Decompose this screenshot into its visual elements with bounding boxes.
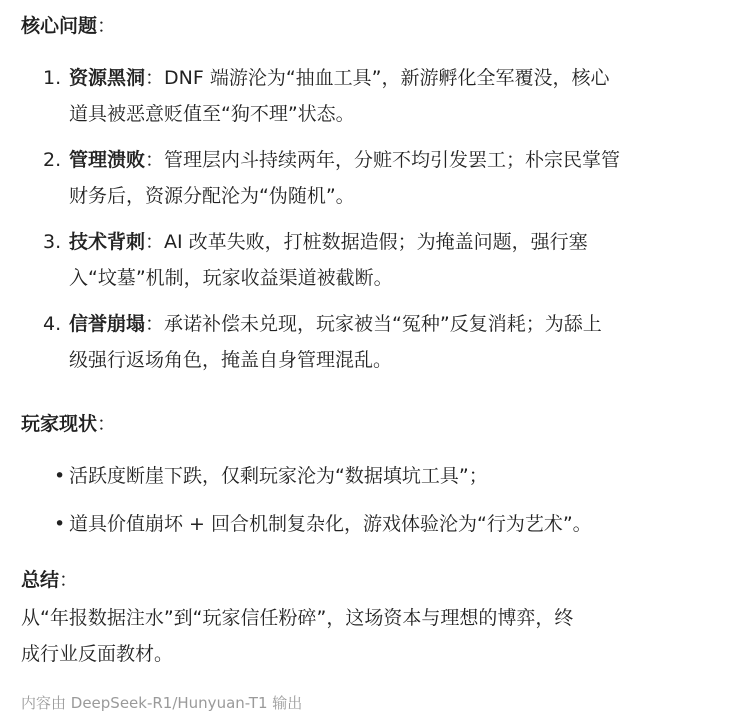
list-item: 3. 技术背刺：AI 改革失败，打桩数据造假；为掩盖问题，强行塞 入“坟墓”机制… xyxy=(21,224,731,296)
heading-colon: ： xyxy=(97,413,116,435)
item-separator: ： xyxy=(145,67,164,89)
item-text-line1: 承诺补偿未兑现，玩家被当“冤种”反复消耗；为舔上 xyxy=(164,313,602,335)
section-heading-summary: 总结： xyxy=(21,566,78,594)
item-separator: ： xyxy=(145,231,164,253)
item-label: 管理溃败 xyxy=(69,149,145,171)
section-heading-player-status: 玩家现状： xyxy=(21,410,116,438)
bullet-icon: • xyxy=(54,506,65,542)
item-text-line2: 入“坟墓”机制，玩家收益渠道被截断。 xyxy=(69,267,393,289)
heading-text: 玩家现状 xyxy=(21,413,97,435)
bullet-text: 道具价值崩坏 + 回合机制复杂化，游戏体验沦为“行为艺术”。 xyxy=(69,513,592,535)
core-issues-list: 1. 资源黑洞：DNF 端游沦为“抽血工具”，新游孵化全军覆没，核心 道具被恶意… xyxy=(21,60,731,378)
list-item: • 活跃度断崖下跌，仅剩玩家沦为“数据填坑工具”； xyxy=(21,458,731,494)
item-text-line1: DNF 端游沦为“抽血工具”，新游孵化全军覆没，核心 xyxy=(164,67,610,89)
section-heading-core-issues: 核心问题： xyxy=(21,12,116,40)
ai-attribution-note: 内容由 DeepSeek-R1/Hunyuan-T1 输出 xyxy=(21,692,302,714)
heading-colon: ： xyxy=(97,15,116,37)
summary-paragraph: 从“年报数据注水”到“玩家信任粉碎”，这场资本与理想的博弈，终 成行业反面教材。 xyxy=(21,600,741,672)
item-label: 资源黑洞 xyxy=(69,67,145,89)
item-text-line2: 道具被恶意贬值至“狗不理”状态。 xyxy=(69,103,355,125)
bullet-icon: • xyxy=(54,458,65,494)
list-item: 2. 管理溃败：管理层内斗持续两年，分赃不均引发罢工；朴宗民掌管 财务后，资源分… xyxy=(21,142,731,214)
item-number: 3. xyxy=(43,224,61,260)
heading-text: 总结 xyxy=(21,569,59,591)
item-text-line2: 财务后，资源分配沦为“伪随机”。 xyxy=(69,185,355,207)
item-number: 4. xyxy=(43,306,61,342)
summary-line2: 成行业反面教材。 xyxy=(21,643,173,665)
heading-text: 核心问题 xyxy=(21,15,97,37)
list-item: 4. 信誉崩塌：承诺补偿未兑现，玩家被当“冤种”反复消耗；为舔上 级强行返场角色… xyxy=(21,306,731,378)
item-text-line1: 管理层内斗持续两年，分赃不均引发罢工；朴宗民掌管 xyxy=(164,149,620,171)
item-text-line1: AI 改革失败，打桩数据造假；为掩盖问题，强行塞 xyxy=(164,231,588,253)
item-label: 信誉崩塌 xyxy=(69,313,145,335)
bullet-text: 活跃度断崖下跌，仅剩玩家沦为“数据填坑工具”； xyxy=(69,465,488,487)
list-item: • 道具价值崩坏 + 回合机制复杂化，游戏体验沦为“行为艺术”。 xyxy=(21,506,731,542)
item-number: 2. xyxy=(43,142,61,178)
list-item: 1. 资源黑洞：DNF 端游沦为“抽血工具”，新游孵化全军覆没，核心 道具被恶意… xyxy=(21,60,731,132)
summary-line1: 从“年报数据注水”到“玩家信任粉碎”，这场资本与理想的博弈，终 xyxy=(21,607,573,629)
item-label: 技术背刺 xyxy=(69,231,145,253)
player-status-list: • 活跃度断崖下跌，仅剩玩家沦为“数据填坑工具”； • 道具价值崩坏 + 回合机… xyxy=(21,458,731,542)
item-separator: ： xyxy=(145,149,164,171)
heading-colon: ： xyxy=(59,569,78,591)
item-text-line2: 级强行返场角色，掩盖自身管理混乱。 xyxy=(69,349,392,371)
item-separator: ： xyxy=(145,313,164,335)
item-number: 1. xyxy=(43,60,61,96)
